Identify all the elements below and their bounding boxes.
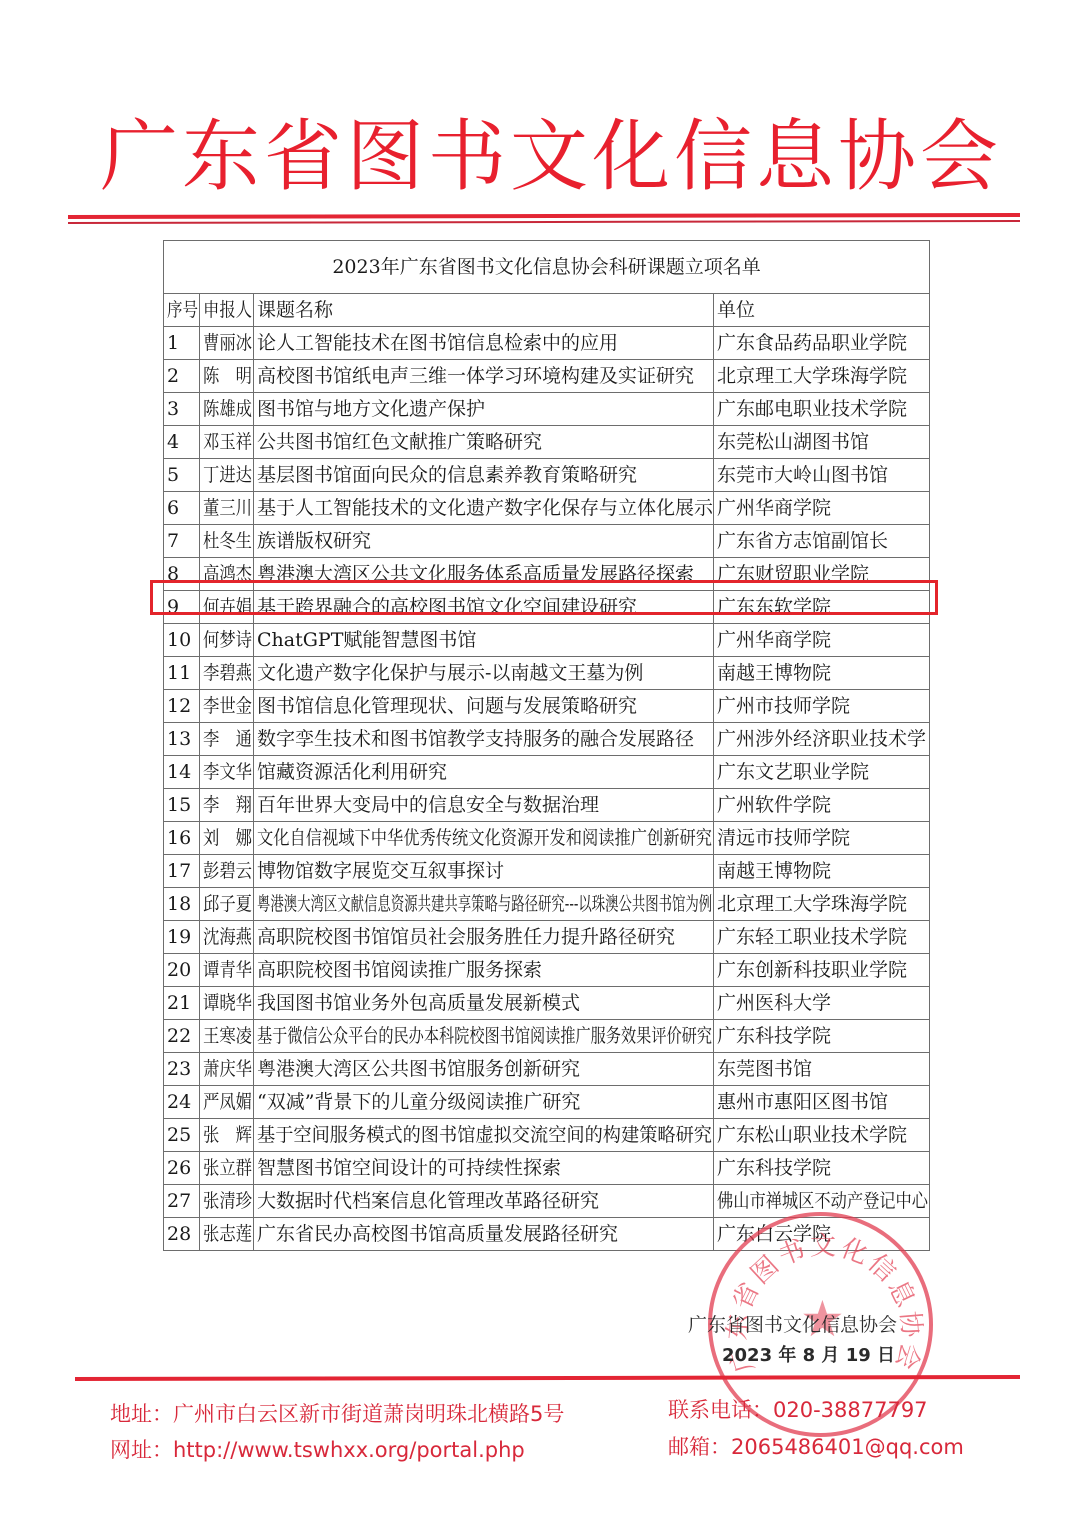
footer-phone: 联系电话：020-38877797 <box>668 1394 928 1424</box>
table-row: 2陈 明高校图书馆纸电声三维一体学习环境构建及实证研究北京理工大学珠海学院 <box>164 360 930 393</box>
row-no: 6 <box>164 492 200 525</box>
row-topic: 百年世界大变局中的信息安全与数据治理 <box>254 789 714 822</box>
row-applicant: 李世金 <box>200 690 254 723</box>
table-row: 4邓玉祥公共图书馆红色文献推广策略研究东莞松山湖图书馆 <box>164 426 930 459</box>
row-topic: 广东省民办高校图书馆高质量发展路径研究 <box>254 1218 714 1251</box>
table-row: 1曹丽冰论人工智能技术在图书馆信息检索中的应用广东食品药品职业学院 <box>164 327 930 360</box>
row-topic: 粤港澳大湾区文献信息资源共建共享策略与路径研究---以珠澳公共图书馆为例 <box>254 888 714 921</box>
table-row: 21谭晓华我国图书馆业务外包高质量发展新模式广州医科大学 <box>164 987 930 1020</box>
row-no: 5 <box>164 459 200 492</box>
row-topic: 高职院校图书馆阅读推广服务探索 <box>254 954 714 987</box>
row-applicant: 王寒凌 <box>200 1020 254 1053</box>
row-unit: 东莞松山湖图书馆 <box>714 426 930 459</box>
row-applicant: 彭碧云 <box>200 855 254 888</box>
row-applicant: 何梦诗 <box>200 624 254 657</box>
signature-org: 广东省图书文化信息协会 <box>688 1310 897 1337</box>
table-row: 10何梦诗ChatGPT赋能智慧图书馆广州华商学院 <box>164 624 930 657</box>
row-unit: 广东省方志馆副馆长 <box>714 525 930 558</box>
row-applicant: 张清珍 <box>200 1185 254 1218</box>
table-row: 6董三川基于人工智能技术的文化遗产数字化保存与立体化展示广州华商学院 <box>164 492 930 525</box>
website-label: 网址： <box>110 1438 173 1462</box>
header-rule-thin <box>68 220 1020 224</box>
row-applicant: 张志莲 <box>200 1218 254 1251</box>
address-value: 广州市白云区新市街道萧岗明珠北横路5号 <box>173 1402 564 1426</box>
table-row: 19沈海燕高职院校图书馆馆员社会服务胜任力提升路径研究广东轻工职业技术学院 <box>164 921 930 954</box>
table-row: 23萧庆华粤港澳大湾区公共图书馆服务创新研究东莞图书馆 <box>164 1053 930 1086</box>
row-no: 21 <box>164 987 200 1020</box>
row-unit: 广东科技学院 <box>714 1020 930 1053</box>
row-topic: 数字孪生技术和图书馆教学支持服务的融合发展路径 <box>254 723 714 756</box>
row-topic: 论人工智能技术在图书馆信息检索中的应用 <box>254 327 714 360</box>
row-applicant: 沈海燕 <box>200 921 254 954</box>
row-applicant: 邱子夏 <box>200 888 254 921</box>
header-rule-thick <box>68 213 1020 219</box>
table-row: 22王寒凌基于微信公众平台的民办本科院校图书馆阅读推广服务效果评价研究广东科技学… <box>164 1020 930 1053</box>
row-topic: 高职院校图书馆馆员社会服务胜任力提升路径研究 <box>254 921 714 954</box>
row-topic: 馆藏资源活化利用研究 <box>254 756 714 789</box>
letterhead-org-name: 广东省图书文化信息协会 <box>100 112 990 202</box>
row-topic: 图书馆与地方文化遗产保护 <box>254 393 714 426</box>
row-no: 12 <box>164 690 200 723</box>
highlighted-row-box <box>150 580 938 615</box>
email-label: 邮箱： <box>668 1435 731 1459</box>
row-unit: 广东轻工职业技术学院 <box>714 921 930 954</box>
row-topic: 博物馆数字展览交互叙事探讨 <box>254 855 714 888</box>
column-header-applicant: 申报人 <box>200 294 254 327</box>
row-no: 16 <box>164 822 200 855</box>
row-applicant: 董三川 <box>200 492 254 525</box>
footer-email: 邮箱：2065486401@qq.com <box>668 1431 964 1461</box>
row-unit: 北京理工大学珠海学院 <box>714 888 930 921</box>
row-applicant: 曹丽冰 <box>200 327 254 360</box>
row-unit: 广东科技学院 <box>714 1152 930 1185</box>
table-row: 3陈雄成图书馆与地方文化遗产保护广东邮电职业技术学院 <box>164 393 930 426</box>
row-unit: 广东松山职业技术学院 <box>714 1119 930 1152</box>
table-row: 13李 通数字孪生技术和图书馆教学支持服务的融合发展路径广州涉外经济职业技术学 <box>164 723 930 756</box>
column-header-unit: 单位 <box>714 294 930 327</box>
row-topic: 基于微信公众平台的民办本科院校图书馆阅读推广服务效果评价研究 <box>254 1020 714 1053</box>
row-applicant: 谭青华 <box>200 954 254 987</box>
table-row: 26张立群智慧图书馆空间设计的可持续性探索广东科技学院 <box>164 1152 930 1185</box>
row-topic: 高校图书馆纸电声三维一体学习环境构建及实证研究 <box>254 360 714 393</box>
row-applicant: 杜冬生 <box>200 525 254 558</box>
row-no: 19 <box>164 921 200 954</box>
document-title: 2023年广东省图书文化信息协会科研课题立项名单 <box>164 241 930 294</box>
table-row: 7杜冬生族谱版权研究广东省方志馆副馆长 <box>164 525 930 558</box>
row-unit: 广州医科大学 <box>714 987 930 1020</box>
row-no: 23 <box>164 1053 200 1086</box>
row-no: 17 <box>164 855 200 888</box>
table-title-row: 2023年广东省图书文化信息协会科研课题立项名单 <box>164 241 930 294</box>
row-topic: 图书馆信息化管理现状、问题与发展策略研究 <box>254 690 714 723</box>
row-applicant: 李碧燕 <box>200 657 254 690</box>
row-applicant: 邓玉祥 <box>200 426 254 459</box>
table-row: 25张 辉基于空间服务模式的图书馆虚拟交流空间的构建策略研究广东松山职业技术学院 <box>164 1119 930 1152</box>
row-topic: 文化遗产数字化保护与展示-以南越文王墓为例 <box>254 657 714 690</box>
table-row: 11李碧燕文化遗产数字化保护与展示-以南越文王墓为例南越王博物院 <box>164 657 930 690</box>
row-unit: 广东文艺职业学院 <box>714 756 930 789</box>
row-no: 25 <box>164 1119 200 1152</box>
website-link[interactable]: http://www.tswhxx.org/portal.php <box>173 1438 525 1462</box>
row-no: 2 <box>164 360 200 393</box>
phone-label: 联系电话： <box>668 1398 773 1422</box>
row-no: 28 <box>164 1218 200 1251</box>
row-applicant: 陈 明 <box>200 360 254 393</box>
row-applicant: 严凤媚 <box>200 1086 254 1119</box>
row-no: 26 <box>164 1152 200 1185</box>
column-header-topic: 课题名称 <box>254 294 714 327</box>
row-unit: 广州华商学院 <box>714 492 930 525</box>
row-no: 1 <box>164 327 200 360</box>
row-no: 22 <box>164 1020 200 1053</box>
table-row: 5丁进达基层图书馆面向民众的信息素养教育策略研究东莞市大岭山图书馆 <box>164 459 930 492</box>
row-topic: 基于人工智能技术的文化遗产数字化保存与立体化展示 <box>254 492 714 525</box>
row-applicant: 李文华 <box>200 756 254 789</box>
row-applicant: 丁进达 <box>200 459 254 492</box>
row-topic: 基层图书馆面向民众的信息素养教育策略研究 <box>254 459 714 492</box>
row-applicant: 李 通 <box>200 723 254 756</box>
row-unit: 广东食品药品职业学院 <box>714 327 930 360</box>
row-no: 18 <box>164 888 200 921</box>
row-unit: 清远市技师学院 <box>714 822 930 855</box>
table-row: 15李 翔百年世界大变局中的信息安全与数据治理广州软件学院 <box>164 789 930 822</box>
row-unit: 广州市技师学院 <box>714 690 930 723</box>
email-link[interactable]: 2065486401@qq.com <box>731 1435 964 1459</box>
table-header-row: 序号 申报人 课题名称 单位 <box>164 294 930 327</box>
row-applicant: 李 翔 <box>200 789 254 822</box>
table-row: 24严凤媚“双减”背景下的儿童分级阅读推广研究惠州市惠阳区图书馆 <box>164 1086 930 1119</box>
row-applicant: 陈雄成 <box>200 393 254 426</box>
signature-date: 2023 年 8 月 19 日 <box>722 1341 895 1367</box>
address-label: 地址： <box>110 1402 173 1426</box>
row-no: 24 <box>164 1086 200 1119</box>
table-row: 20谭青华高职院校图书馆阅读推广服务探索广东创新科技职业学院 <box>164 954 930 987</box>
column-header-no: 序号 <box>164 294 200 327</box>
row-applicant: 谭晓华 <box>200 987 254 1020</box>
row-unit: 惠州市惠阳区图书馆 <box>714 1086 930 1119</box>
row-no: 15 <box>164 789 200 822</box>
row-no: 11 <box>164 657 200 690</box>
project-list-table: 2023年广东省图书文化信息协会科研课题立项名单 序号 申报人 课题名称 单位 … <box>163 240 930 1251</box>
table-row: 18邱子夏粤港澳大湾区文献信息资源共建共享策略与路径研究---以珠澳公共图书馆为… <box>164 888 930 921</box>
row-topic: 族谱版权研究 <box>254 525 714 558</box>
row-no: 4 <box>164 426 200 459</box>
row-unit: 广东创新科技职业学院 <box>714 954 930 987</box>
row-topic: 智慧图书馆空间设计的可持续性探索 <box>254 1152 714 1185</box>
row-applicant: 张 辉 <box>200 1119 254 1152</box>
footer-address: 地址：广州市白云区新市街道萧岗明珠北横路5号 <box>110 1398 564 1428</box>
row-topic: 文化自信视域下中华优秀传统文化资源开发和阅读推广创新研究 <box>254 822 714 855</box>
footer-website: 网址：http://www.tswhxx.org/portal.php <box>110 1434 525 1464</box>
row-applicant: 刘 娜 <box>200 822 254 855</box>
row-no: 14 <box>164 756 200 789</box>
row-topic: ChatGPT赋能智慧图书馆 <box>254 624 714 657</box>
row-applicant: 张立群 <box>200 1152 254 1185</box>
row-topic: 基于空间服务模式的图书馆虚拟交流空间的构建策略研究 <box>254 1119 714 1152</box>
row-topic: “双减”背景下的儿童分级阅读推广研究 <box>254 1086 714 1119</box>
row-unit: 北京理工大学珠海学院 <box>714 360 930 393</box>
table-row: 14李文华馆藏资源活化利用研究广东文艺职业学院 <box>164 756 930 789</box>
row-no: 3 <box>164 393 200 426</box>
row-no: 20 <box>164 954 200 987</box>
row-no: 27 <box>164 1185 200 1218</box>
row-unit: 广州华商学院 <box>714 624 930 657</box>
row-unit: 东莞市大岭山图书馆 <box>714 459 930 492</box>
row-unit: 东莞图书馆 <box>714 1053 930 1086</box>
row-no: 13 <box>164 723 200 756</box>
table-row: 17彭碧云博物馆数字展览交互叙事探讨南越王博物院 <box>164 855 930 888</box>
row-topic: 粤港澳大湾区公共图书馆服务创新研究 <box>254 1053 714 1086</box>
row-unit: 广州涉外经济职业技术学 <box>714 723 930 756</box>
row-topic: 公共图书馆红色文献推广策略研究 <box>254 426 714 459</box>
row-unit: 南越王博物院 <box>714 855 930 888</box>
table-row: 12李世金图书馆信息化管理现状、问题与发展策略研究广州市技师学院 <box>164 690 930 723</box>
row-topic: 我国图书馆业务外包高质量发展新模式 <box>254 987 714 1020</box>
row-unit: 广东邮电职业技术学院 <box>714 393 930 426</box>
row-applicant: 萧庆华 <box>200 1053 254 1086</box>
row-unit: 广州软件学院 <box>714 789 930 822</box>
row-no: 10 <box>164 624 200 657</box>
phone-value: 020-38877797 <box>773 1398 928 1422</box>
row-no: 7 <box>164 525 200 558</box>
table-row: 16刘 娜文化自信视域下中华优秀传统文化资源开发和阅读推广创新研究清远市技师学院 <box>164 822 930 855</box>
row-unit: 南越王博物院 <box>714 657 930 690</box>
row-topic: 大数据时代档案信息化管理改革路径研究 <box>254 1185 714 1218</box>
